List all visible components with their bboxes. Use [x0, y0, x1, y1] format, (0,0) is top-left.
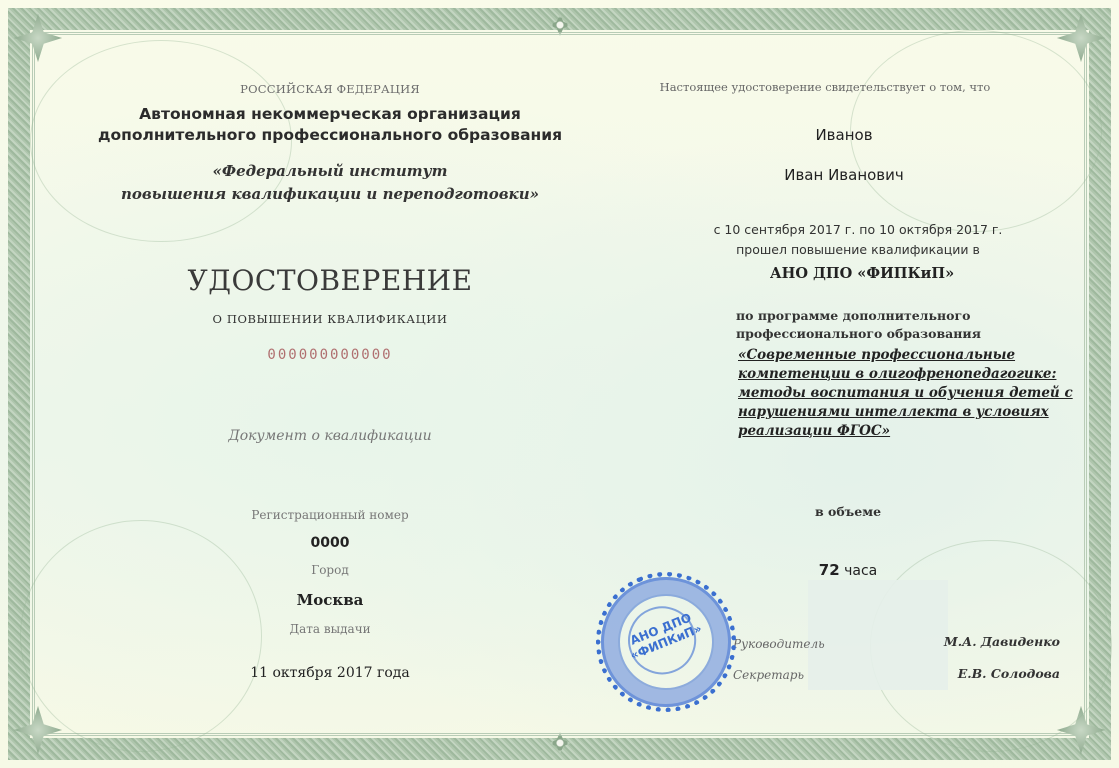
org-name-line1: Автономная некоммерческая организация — [40, 104, 620, 125]
guilloche-pattern — [20, 520, 262, 752]
hours-value: 72 — [819, 561, 840, 579]
signatory-role: Секретарь — [733, 668, 804, 682]
volume-label: в объеме — [568, 504, 1119, 519]
issue-date-label: Дата выдачи — [40, 622, 620, 636]
organization-short: АНО ДПО «ФИПКиП» — [582, 265, 1119, 282]
program-name-line: «Современные профессиональные — [738, 346, 1015, 365]
signatory-name: Е.В. Солодова — [900, 666, 1060, 681]
country-label: РОССИЙСКАЯ ФЕДЕРАЦИЯ — [40, 82, 620, 96]
given-names: Иван Иванович — [564, 166, 1119, 184]
program-name-line: реализации ФГОС» — [738, 422, 890, 441]
issue-date-value: 11 октября 2017 года — [40, 665, 620, 681]
document-kind: Документ о квалификации — [40, 428, 620, 444]
program-name-line: методы воспитания и обучения детей с — [738, 384, 1073, 403]
program-name-line: нарушениями интеллекта в условиях — [738, 403, 1049, 422]
study-period: с 10 сентября 2017 г. по 10 октября 2017… — [578, 220, 1119, 240]
surname: Иванов — [564, 126, 1119, 144]
org-name-line2: дополнительного профессионального образо… — [40, 125, 620, 146]
city-value: Москва — [40, 591, 620, 609]
reg-number-value: 0000 — [40, 535, 620, 551]
program-intro-line1: по программе дополнительного — [736, 307, 970, 325]
signatory-role: Руководитель — [733, 637, 825, 651]
program-name-line: компетенции в олигофренопедагогике: — [738, 365, 1056, 384]
document-title: УДОСТОВЕРЕНИЕ — [40, 264, 620, 297]
hours-unit: часа — [844, 563, 877, 579]
passed-text: прошел повышение квалификации в — [578, 240, 1119, 260]
signatory-name: М.А. Давиденко — [900, 634, 1060, 649]
certificate: РОССИЙСКАЯ ФЕДЕРАЦИЯ Автономная некоммер… — [0, 0, 1119, 768]
program-intro-line2: профессионального образования — [736, 325, 981, 343]
institute-name-line2: повышения квалификации и переподготовки» — [40, 183, 620, 206]
serial-number: 000000000000 — [40, 347, 620, 363]
city-label: Город — [40, 563, 620, 577]
reg-number-label: Регистрационный номер — [40, 508, 620, 522]
institute-name-line1: «Федеральный институт — [40, 160, 620, 183]
document-subtitle: О ПОВЫШЕНИИ КВАЛИФИКАЦИИ — [40, 312, 620, 326]
intro-text: Настоящее удостоверение свидетельствует … — [545, 80, 1105, 94]
